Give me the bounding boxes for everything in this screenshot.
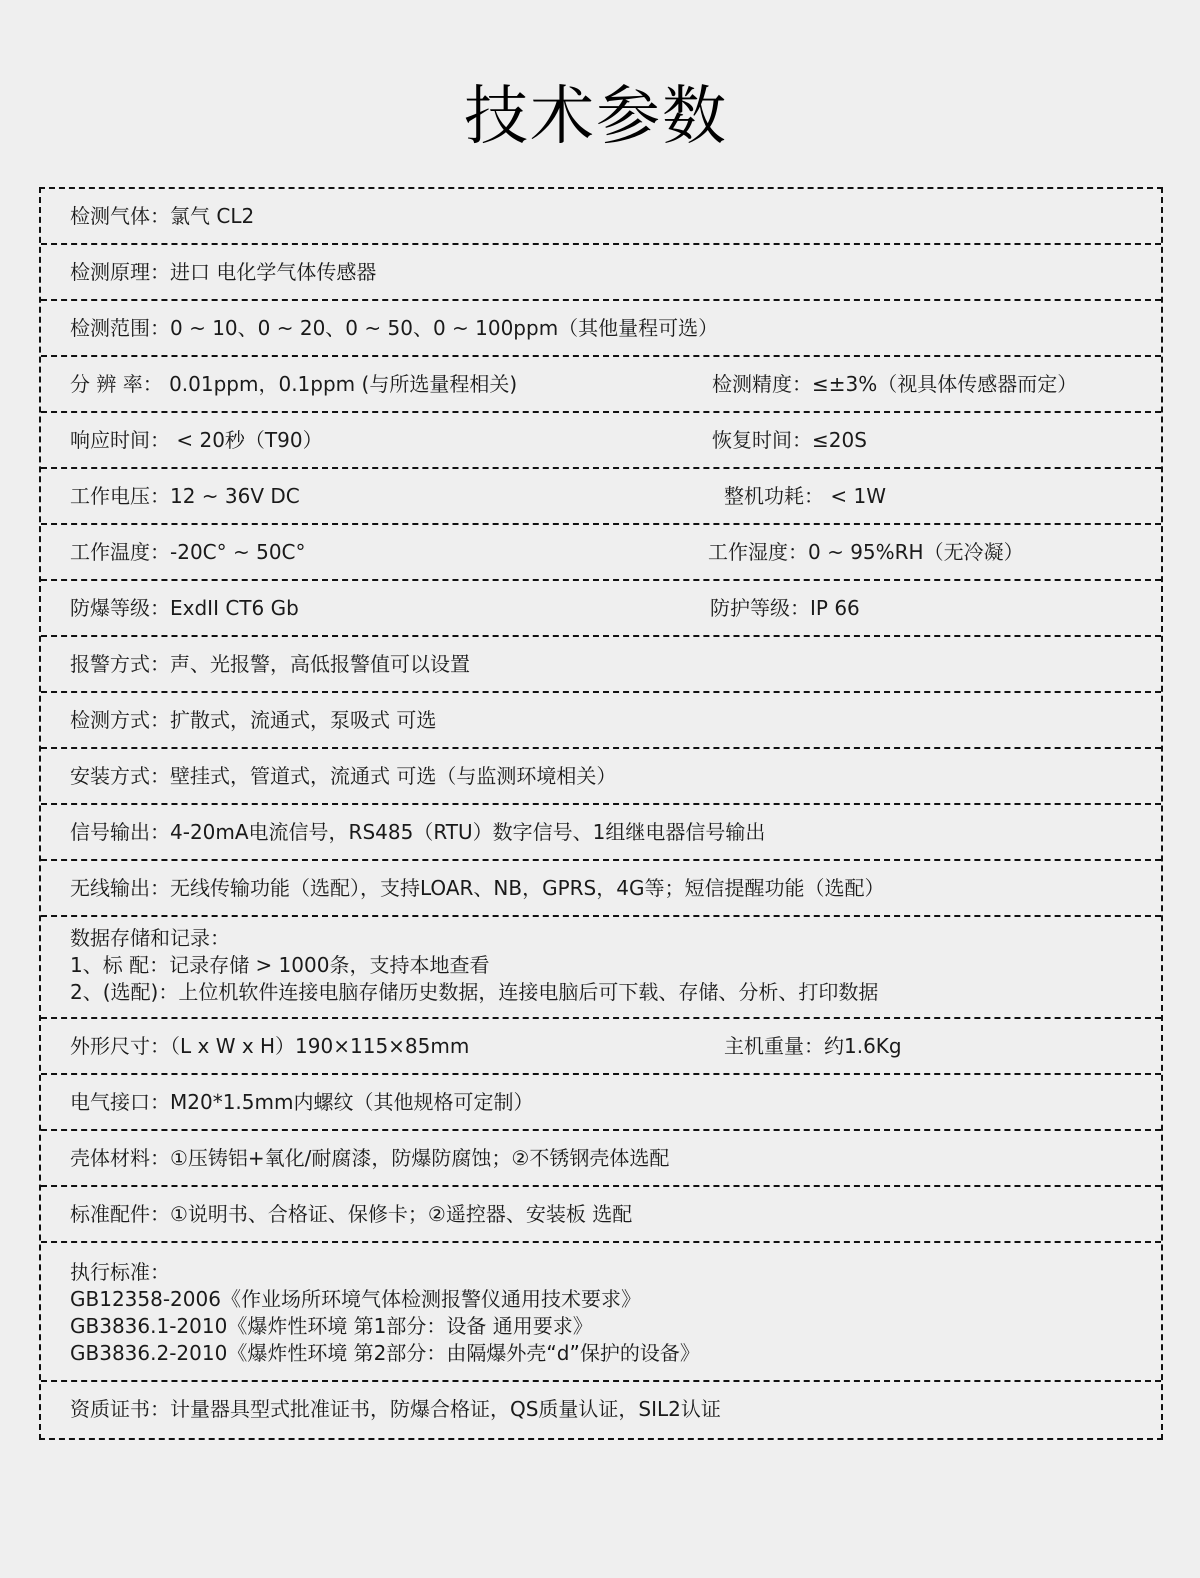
spec-row-signal: 信号输出：4-20mA电流信号，RS485（RTU）数字信号、1组继电器信号输出 <box>41 805 1161 861</box>
spec-row-interface: 电气接口：M20*1.5mm内螺纹（其他规格可定制） <box>41 1075 1161 1131</box>
spec-power: 整机功耗： < 1W <box>724 469 886 523</box>
storage-standard: 1、标 配：记录存储 > 1000条，支持本地查看 <box>70 952 1161 979</box>
spec-accessories: 标准配件：①说明书、合格证、保修卡；②遥控器、安装板 选配 <box>70 1187 632 1241</box>
spec-recovery-time: 恢复时间：≤20S <box>712 413 867 467</box>
spec-row-response: 响应时间： < 20秒（T90） 恢复时间：≤20S <box>41 413 1161 469</box>
spec-row-standards: 执行标准： GB12358-2006《作业场所环境气体检测报警仪通用技术要求》 … <box>41 1243 1161 1382</box>
spec-temperature: 工作温度：-20C° ~ 50C° <box>70 525 306 579</box>
spec-alarm: 报警方式：声、光报警，高低报警值可以设置 <box>70 637 470 691</box>
spec-row-resolution: 分 辨 率： 0.01ppm，0.1ppm (与所选量程相关) 检测精度：≤±3… <box>41 357 1161 413</box>
spec-row-wireless: 无线输出：无线传输功能（选配），支持LOAR、NB，GPRS，4G等；短信提醒功… <box>41 861 1161 917</box>
spec-dimensions: 外形尺寸：（L x W x H）190×115×85mm <box>70 1019 469 1073</box>
spec-row-voltage: 工作电压：12 ~ 36V DC 整机功耗： < 1W <box>41 469 1161 525</box>
standard-gb3836-2: GB3836.2-2010《爆炸性环境 第2部分：由隔爆外壳“d”保护的设备》 <box>70 1340 1161 1367</box>
spec-resolution: 分 辨 率： 0.01ppm，0.1ppm (与所选量程相关) <box>70 357 517 411</box>
spec-row-explosion: 防爆等级：ExdII CT6 Gb 防护等级：IP 66 <box>41 581 1161 637</box>
spec-row-range: 检测范围：0 ~ 10、0 ~ 20、0 ~ 50、0 ~ 100ppm（其他量… <box>41 301 1161 357</box>
spec-row-accessories: 标准配件：①说明书、合格证、保修卡；②遥控器、安装板 选配 <box>41 1187 1161 1243</box>
spec-certificates: 资质证书：计量器具型式批准证书，防爆合格证，QS质量认证，SIL2认证 <box>70 1382 721 1436</box>
spec-row-installation: 安装方式：壁挂式，管道式，流通式 可选（与监测环境相关） <box>41 749 1161 805</box>
spec-range: 检测范围：0 ~ 10、0 ~ 20、0 ~ 50、0 ~ 100ppm（其他量… <box>70 301 718 355</box>
storage-heading: 数据存储和记录： <box>70 925 1161 952</box>
spec-installation: 安装方式：壁挂式，管道式，流通式 可选（与监测环境相关） <box>70 749 616 803</box>
spec-table: 检测气体：氯气 CL2 检测原理：进口 电化学气体传感器 检测范围：0 ~ 10… <box>39 187 1163 1440</box>
page-title: 技术参数 <box>0 72 1192 162</box>
spec-weight: 主机重量：约1.6Kg <box>724 1019 902 1073</box>
spec-protection-grade: 防护等级：IP 66 <box>710 581 860 635</box>
spec-electrical-interface: 电气接口：M20*1.5mm内螺纹（其他规格可定制） <box>70 1075 533 1129</box>
spec-row-principle: 检测原理：进口 电化学气体传感器 <box>41 245 1161 301</box>
spec-row-storage: 数据存储和记录： 1、标 配：记录存储 > 1000条，支持本地查看 2、(选配… <box>41 917 1161 1019</box>
spec-row-detection-mode: 检测方式：扩散式，流通式，泵吸式 可选 <box>41 693 1161 749</box>
spec-gas: 检测气体：氯气 CL2 <box>70 189 254 243</box>
spec-row-housing: 壳体材料：①压铸铝+氧化/耐腐漆，防爆防腐蚀；②不锈钢壳体选配 <box>41 1131 1161 1187</box>
spec-wireless-output: 无线输出：无线传输功能（选配），支持LOAR、NB，GPRS，4G等；短信提醒功… <box>70 861 884 915</box>
spec-explosion-grade: 防爆等级：ExdII CT6 Gb <box>70 581 299 635</box>
spec-housing-material: 壳体材料：①压铸铝+氧化/耐腐漆，防爆防腐蚀；②不锈钢壳体选配 <box>70 1131 669 1185</box>
standards-heading: 执行标准： <box>70 1259 1161 1286</box>
spec-row-certificates: 资质证书：计量器具型式批准证书，防爆合格证，QS质量认证，SIL2认证 <box>41 1382 1161 1438</box>
spec-row-dimensions: 外形尺寸：（L x W x H）190×115×85mm 主机重量：约1.6Kg <box>41 1019 1161 1075</box>
spec-humidity: 工作湿度：0 ~ 95%RH（无冷凝） <box>708 525 1024 579</box>
spec-voltage: 工作电压：12 ~ 36V DC <box>70 469 300 523</box>
storage-optional: 2、(选配)：上位机软件连接电脑存储历史数据，连接电脑后可下载、存储、分析、打印… <box>70 979 1161 1006</box>
spec-detection-mode: 检测方式：扩散式，流通式，泵吸式 可选 <box>70 693 436 747</box>
spec-row-gas: 检测气体：氯气 CL2 <box>41 189 1161 245</box>
spec-row-alarm: 报警方式：声、光报警，高低报警值可以设置 <box>41 637 1161 693</box>
standard-gb12358: GB12358-2006《作业场所环境气体检测报警仪通用技术要求》 <box>70 1286 1161 1313</box>
spec-accuracy: 检测精度：≤±3%（视具体传感器而定） <box>712 357 1077 411</box>
spec-principle: 检测原理：进口 电化学气体传感器 <box>70 245 376 299</box>
spec-row-temperature: 工作温度：-20C° ~ 50C° 工作湿度：0 ~ 95%RH（无冷凝） <box>41 525 1161 581</box>
spec-signal-output: 信号输出：4-20mA电流信号，RS485（RTU）数字信号、1组继电器信号输出 <box>70 805 765 859</box>
standard-gb3836-1: GB3836.1-2010《爆炸性环境 第1部分：设备 通用要求》 <box>70 1313 1161 1340</box>
spec-response-time: 响应时间： < 20秒（T90） <box>70 413 323 467</box>
